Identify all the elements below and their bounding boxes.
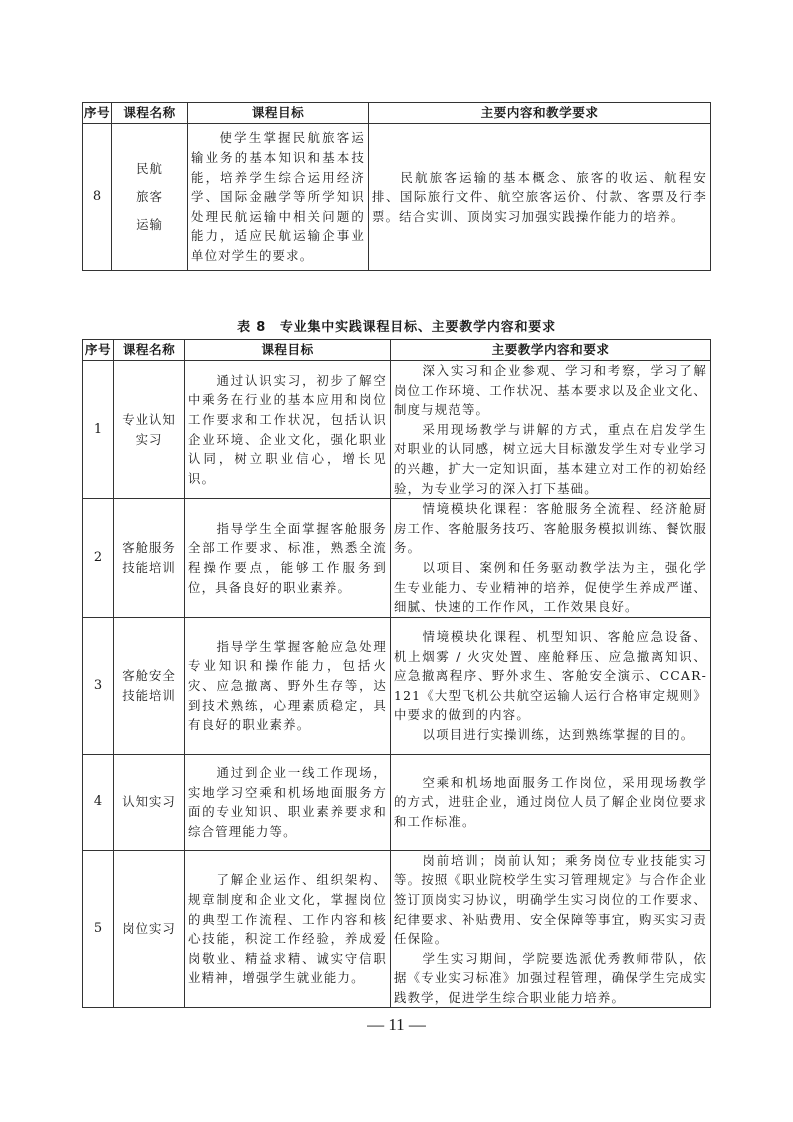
course-content: 情境模块化课程：客舱服务全流程、经济舱厨房工作、客舱服务技巧、客舱服务模拟训练、… [391,499,711,618]
course-name: 客舱服务 技能培训 [114,499,185,618]
table-row: 5 岗位实习 了解企业运作、组织架构、规章制度和企业文化，掌握岗位的典型工作流程… [83,850,711,1008]
row-number: 2 [83,499,114,618]
course-table-continued: 序号 课程名称 课程目标 主要内容和教学要求 8 民航 旅客 运输 使学生掌握民… [82,102,711,271]
row-number: 5 [83,850,114,1008]
course-goal: 通过到企业一线工作现场，实地学习空乘和机场地面服务方面的专业知识、职业素养要求和… [185,754,391,850]
header-content: 主要内容和教学要求 [369,103,711,124]
table-header-row: 序号 课程名称 课程目标 主要内容和教学要求 [83,103,711,124]
table-row: 1 专业认知 实习 通过认识实习，初步了解空中乘务在行业的基本应用和岗位工作要求… [83,361,711,499]
table-caption: 表 8 专业集中实践课程目标、主要教学内容和要求 [0,316,793,335]
practice-course-table: 序号 课程名称 课程目标 主要教学内容和要求 1 专业认知 实习 通过认识实习，… [82,339,711,1008]
header-course-name: 课程名称 [114,340,185,361]
header-course-goal: 课程目标 [188,103,369,124]
table-header-row: 序号 课程名称 课程目标 主要教学内容和要求 [83,340,711,361]
row-number: 3 [83,617,114,754]
table-row: 4 认知实习 通过到企业一线工作现场，实地学习空乘和机场地面服务方面的专业知识、… [83,754,711,850]
course-content: 情境模块化课程、机型知识、客舱应急设备、机上烟雾 / 火灾处置、座舱释压、应急撤… [391,617,711,754]
header-course-goal: 课程目标 [185,340,391,361]
course-content: 民航旅客运输的基本概念、旅客的收运、航程安排、国际旅行文件、航空旅客运价、付款、… [369,124,711,271]
course-name: 认知实习 [114,754,185,850]
course-goal: 通过认识实习，初步了解空中乘务在行业的基本应用和岗位工作要求和工作状况，包括认识… [185,361,391,499]
course-name: 民航 旅客 运输 [112,124,188,271]
course-name: 专业认知 实习 [114,361,185,499]
page-number: — 11 — [0,1015,793,1035]
table-row: 8 民航 旅客 运输 使学生掌握民航旅客运输业务的基本知识和基本技能，培养学生综… [83,124,711,271]
course-content: 空乘和机场地面服务工作岗位，采用现场教学的方式，进驻企业，通过岗位人员了解企业岗… [391,754,711,850]
course-goal: 指导学生掌握客舱应急处理专业知识和操作能力，包括火灾、应急撤离、野外生存等，达到… [185,617,391,754]
header-no: 序号 [83,103,112,124]
course-content: 深入实习和企业参观、学习和考察，学习了解岗位工作环境、工作状况、基本要求以及企业… [391,361,711,499]
course-goal: 了解企业运作、组织架构、规章制度和企业文化，掌握岗位的典型工作流程、工作内容和核… [185,850,391,1008]
course-goal: 指导学生全面掌握客舱服务全部工作要求、标准，熟悉全流程操作要点，能够工作服务到位… [185,499,391,618]
row-number: 8 [83,124,112,271]
course-goal: 使学生掌握民航旅客运输业务的基本知识和基本技能，培养学生综合运用经济学、国际金融… [188,124,369,271]
table-row: 3 客舱安全 技能培训 指导学生掌握客舱应急处理专业知识和操作能力，包括火灾、应… [83,617,711,754]
course-name: 客舱安全 技能培训 [114,617,185,754]
header-no: 序号 [83,340,114,361]
row-number: 1 [83,361,114,499]
header-content: 主要教学内容和要求 [391,340,711,361]
row-number: 4 [83,754,114,850]
course-content: 岗前培训；岗前认知；乘务岗位专业技能实习等。按照《职业院校学生实习管理规定》与合… [391,850,711,1008]
header-course-name: 课程名称 [112,103,188,124]
course-name: 岗位实习 [114,850,185,1008]
table-row: 2 客舱服务 技能培训 指导学生全面掌握客舱服务全部工作要求、标准，熟悉全流程操… [83,499,711,618]
